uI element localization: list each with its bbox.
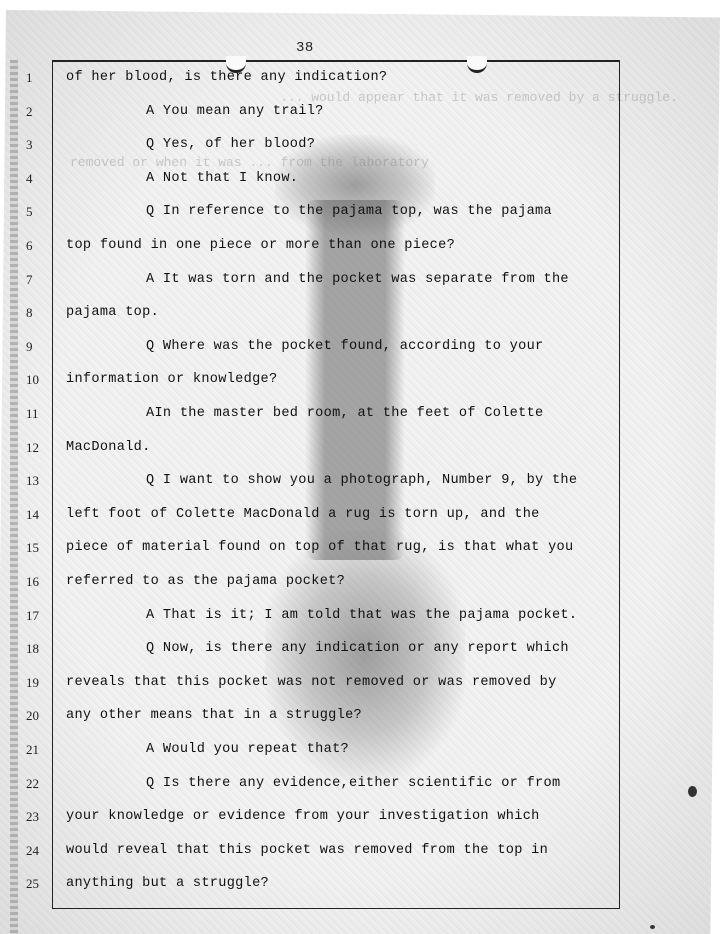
line-number: 9 (26, 339, 46, 355)
line-number: 18 (26, 641, 46, 657)
line-number: 15 (26, 540, 46, 556)
line-number: 16 (26, 574, 46, 590)
page-number: 38 (296, 40, 314, 56)
transcript-line: MacDonald. (66, 440, 151, 455)
transcript-line: A You mean any trail? (146, 104, 324, 119)
line-number: 25 (26, 876, 46, 892)
transcript-line: of her blood, is there any indication? (66, 70, 387, 85)
line-number: 13 (26, 473, 46, 489)
line-number: 10 (26, 372, 46, 388)
transcript-line: your knowledge or evidence from your inv… (66, 809, 540, 824)
line-number: 12 (26, 440, 46, 456)
transcript-line: pajama top. (66, 305, 159, 320)
transcript-line: piece of material found on top of that r… (66, 540, 573, 555)
transcript-line: Q I want to show you a photograph, Numbe… (146, 473, 577, 488)
transcript-line: reveals that this pocket was not removed… (66, 675, 557, 690)
transcript-line: Q Is there any evidence,either scientifi… (146, 776, 560, 791)
transcript-line: A Would you repeat that? (146, 742, 349, 757)
scan-speck (688, 786, 697, 797)
scan-speck (650, 925, 655, 929)
line-number: 23 (26, 809, 46, 825)
line-number: 24 (26, 843, 46, 859)
transcript-line: A That is it; I am told that was the paj… (146, 608, 577, 623)
line-number: 5 (26, 204, 46, 220)
line-number: 17 (26, 608, 46, 624)
transcript-line: A Not that I know. (146, 171, 298, 186)
transcript-line: top found in one piece or more than one … (66, 238, 455, 253)
line-number: 21 (26, 742, 46, 758)
page-edge-shadow (10, 60, 18, 934)
line-number: 7 (26, 272, 46, 288)
transcript-line: information or knowledge? (66, 372, 277, 387)
transcript-line: AIn the master bed room, at the feet of … (146, 406, 544, 421)
line-number: 20 (26, 708, 46, 724)
line-number: 14 (26, 507, 46, 523)
line-number: 19 (26, 675, 46, 691)
line-number: 4 (26, 171, 46, 187)
line-number: 22 (26, 776, 46, 792)
transcript-line: Q In reference to the pajama top, was th… (146, 204, 552, 219)
transcript-line: A It was torn and the pocket was separat… (146, 272, 569, 287)
line-number: 6 (26, 238, 46, 254)
line-number: 8 (26, 305, 46, 321)
transcript-line: any other means that in a struggle? (66, 708, 362, 723)
transcript-line: anything but a struggle? (66, 876, 269, 891)
transcript-line: would reveal that this pocket was remove… (66, 843, 548, 858)
line-number: 1 (26, 70, 46, 86)
transcript-line: Q Yes, of her blood? (146, 137, 315, 152)
line-number: 3 (26, 137, 46, 153)
transcript-line: Q Now, is there any indication or any re… (146, 641, 569, 656)
line-number: 11 (26, 406, 46, 422)
line-number: 2 (26, 104, 46, 120)
transcript-line: left foot of Colette MacDonald a rug is … (66, 507, 540, 522)
transcript-line: referred to as the pajama pocket? (66, 574, 345, 589)
transcript-line: Q Where was the pocket found, according … (146, 339, 544, 354)
